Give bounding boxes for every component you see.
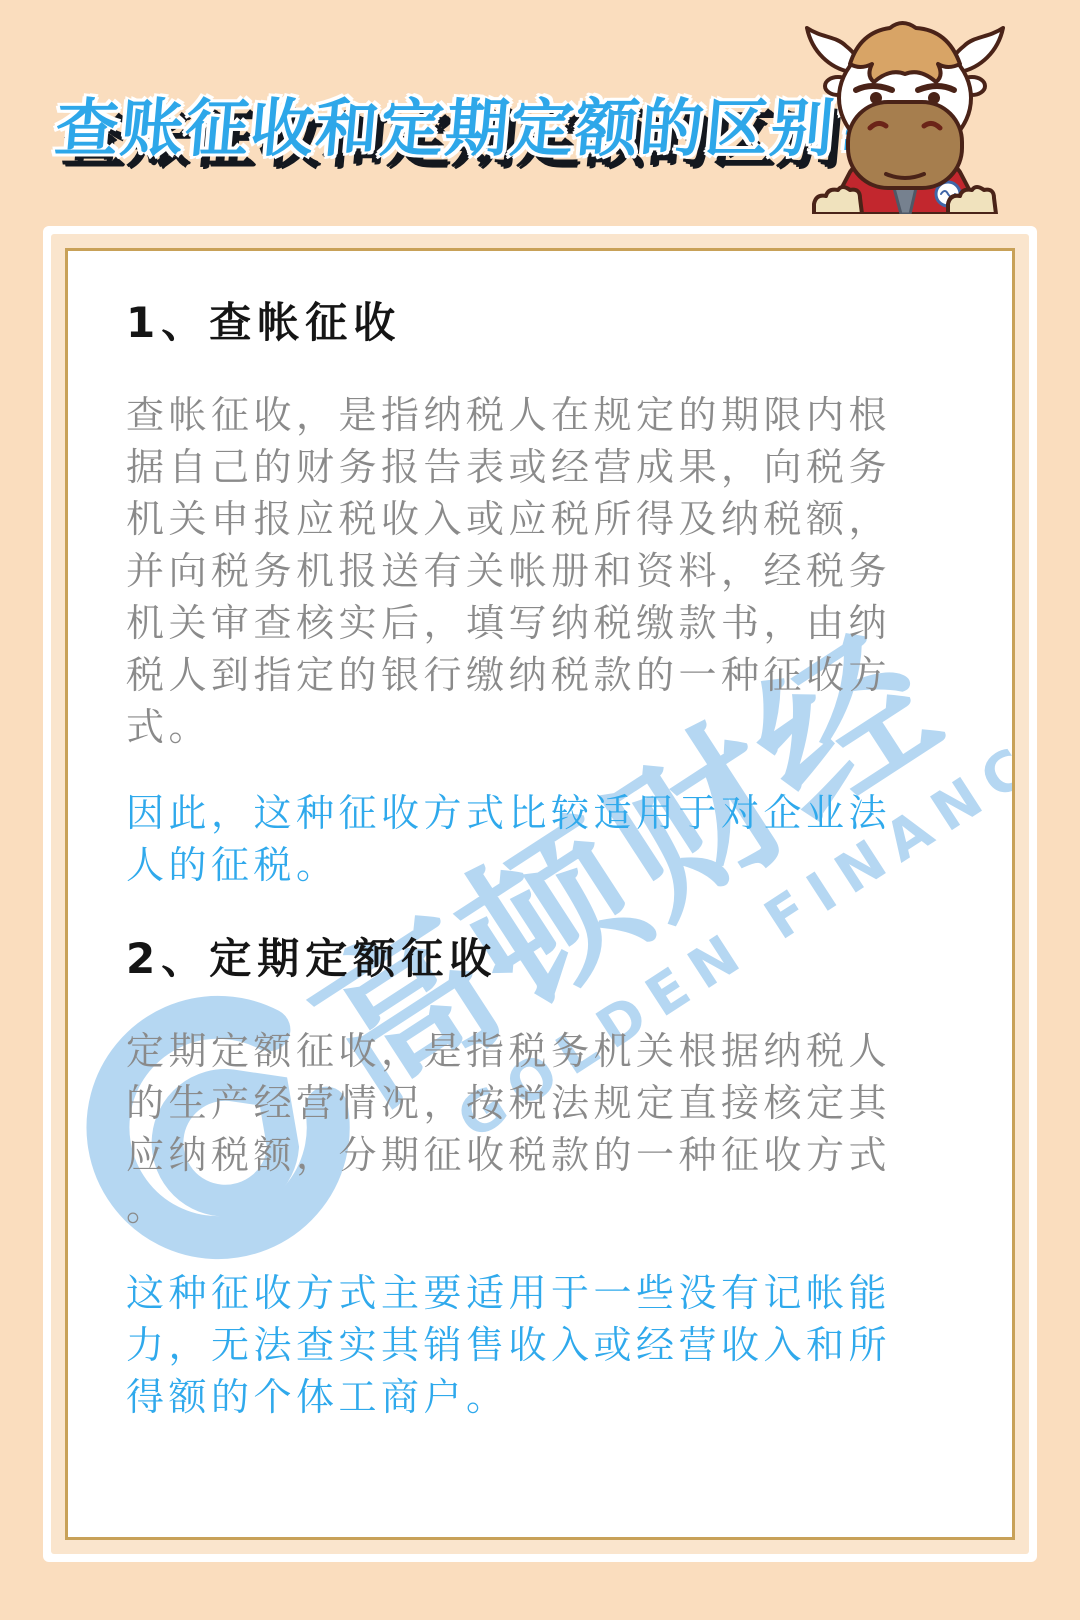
card-mat: 高顿财经 GOLDEN FINANCE 1、查帐征收 查帐征收，是指纳税人在规定…: [51, 234, 1029, 1554]
section-1-body: 查帐征收，是指纳税人在规定的期限内根 据自己的财务报告表或经营成果，向税务 机关…: [126, 389, 956, 753]
header: 查账征收和定期定额的区别?: [0, 0, 1080, 226]
section-2-body: 定期定额征收，是指税务机关根据纳税人 的生产经营情况，按税法规定直接核定其 应纳…: [126, 1025, 956, 1233]
bull-mascot-icon: [798, 6, 1012, 214]
section-1-heading: 1、查帐征收: [126, 299, 956, 347]
section-2-heading: 2、定期定额征收: [126, 935, 956, 983]
section-2-note: 这种征收方式主要适用于一些没有记帐能 力，无法查实其销售收入或经营收入和所 得额…: [126, 1267, 956, 1423]
section-1-note: 因此，这种征收方式比较适用于对企业法 人的征税。: [126, 787, 956, 891]
page-title: 查账征收和定期定额的区别?: [52, 78, 879, 169]
card-gold-frame: 高顿财经 GOLDEN FINANCE 1、查帐征收 查帐征收，是指纳税人在规定…: [65, 248, 1015, 1540]
content-card: 高顿财经 GOLDEN FINANCE 1、查帐征收 查帐征收，是指纳税人在规定…: [43, 226, 1037, 1562]
card-content: 1、查帐征收 查帐征收，是指纳税人在规定的期限内根 据自己的财务报告表或经营成果…: [68, 251, 1012, 1423]
poster-page: { "header": { "title": "查账征收和定期定额的区别?" }…: [0, 0, 1080, 1620]
spacer: [126, 921, 956, 935]
